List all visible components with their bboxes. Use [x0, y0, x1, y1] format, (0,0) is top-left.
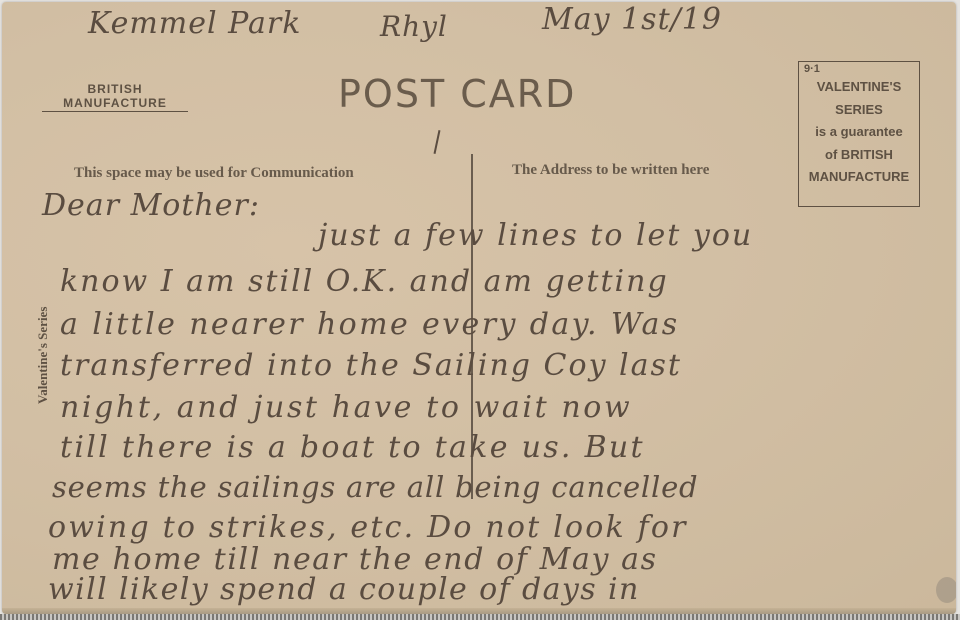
stamp-line: is a guarantee: [799, 121, 919, 144]
stamp-line: SERIES: [799, 99, 919, 122]
post-card-title: POST CARD: [338, 72, 576, 116]
message-line: know I am still O.K. and am getting: [60, 264, 669, 299]
communication-label: This space may be used for Communication: [74, 165, 354, 182]
handwritten-place: Kemmel Park: [88, 6, 301, 41]
scan-bottom-edge: [0, 614, 960, 620]
stamp-line: of BRITISH: [799, 144, 919, 167]
message-line: will likely spend a couple of days in: [48, 572, 640, 607]
message-line: transferred into the Sailing Coy last: [60, 348, 682, 383]
stamp-line: VALENTINE'S: [799, 76, 919, 99]
pen-mark: [434, 130, 441, 154]
manufacture-text: MANUFACTURE: [42, 96, 188, 112]
postcard: Kemmel Park Rhyl May 1st/19 BRITISH MANU…: [2, 2, 956, 614]
message-line: night, and just have to wait now: [60, 390, 632, 425]
message-line: till there is a boat to take us. But: [60, 430, 645, 465]
british-text: BRITISH: [88, 82, 143, 96]
stamp-box: 9·1 VALENTINE'S SERIES is a guarantee of…: [798, 61, 920, 207]
message-line: owing to strikes, etc. Do not look for: [48, 510, 688, 545]
message-greeting: Dear Mother:: [42, 188, 260, 223]
address-label: The Address to be written here: [512, 162, 709, 179]
valentines-series-side-text: Valentine's Series: [35, 307, 51, 404]
series-code: 9·1: [804, 62, 820, 76]
message-line: seems the sailings are all being cancell…: [52, 470, 698, 504]
message-line: a little nearer home every day. Was: [60, 307, 680, 342]
handwritten-date: May 1st/19: [542, 2, 722, 37]
stamp-line: MANUFACTURE: [799, 166, 919, 189]
stain-mark: [936, 577, 956, 603]
british-manufacture-label: BRITISH MANUFACTURE: [42, 82, 188, 112]
handwritten-town: Rhyl: [380, 10, 448, 43]
message-line: just a few lines to let you: [318, 218, 753, 253]
